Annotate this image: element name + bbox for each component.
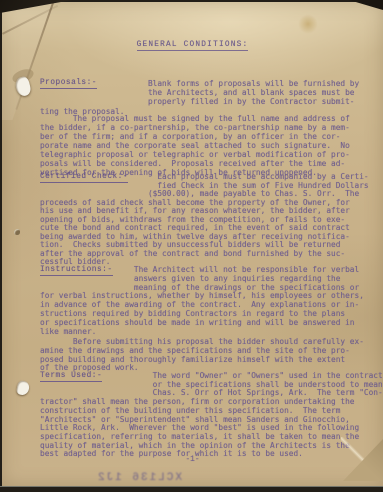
section-body-terms-used: The word "Owner" or "Owners" used in the… xyxy=(40,372,383,459)
punch-hole xyxy=(16,380,30,396)
section-body-certified-check: Each proposal must be accompanied by a C… xyxy=(40,173,369,267)
page-title: GENERAL CONDITIONS: xyxy=(2,41,383,49)
scan-edge xyxy=(0,486,383,487)
section-paragraph-proposals-2: The proposal must be signed by the full … xyxy=(40,114,350,177)
paper-speck xyxy=(14,229,20,235)
section-paragraph-instructions-2: Before submitting his proposal the bidde… xyxy=(40,338,364,373)
section-body-proposals: Blank forms of proposals will be furnish… xyxy=(40,79,359,116)
section-body-instructions: The Architect will not be responsible fo… xyxy=(40,266,364,336)
page-number: -1- xyxy=(2,456,383,464)
document-page: GENERAL CONDITIONS: Proposals:- Blank fo… xyxy=(2,2,383,486)
scanned-document: GENERAL CONDITIONS: Proposals:- Blank fo… xyxy=(0,0,383,492)
bleed-through-stamp: XCL136 1J2 xyxy=(72,472,182,484)
